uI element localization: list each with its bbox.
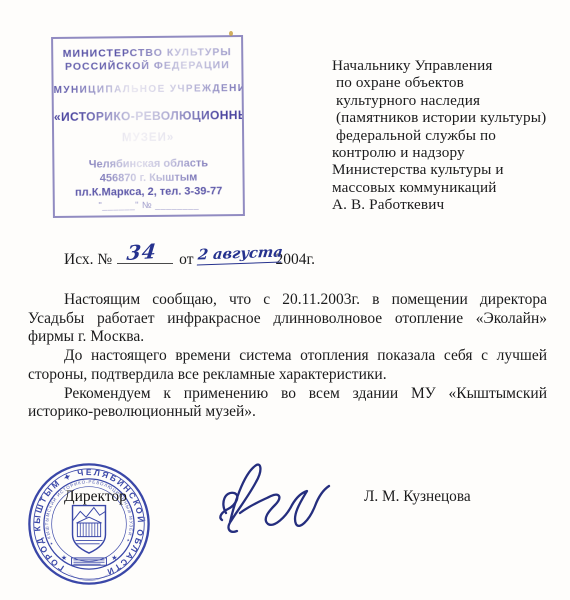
- corner-stamp-line: "______" № ________: [55, 198, 243, 213]
- official-seal: ГОРОД КЫШТЫМ ✦ ЧЕЛЯБИНСКОЙ ОБЛАСТИ ✦ КЫШ…: [26, 461, 152, 587]
- scan-speck: [229, 31, 233, 36]
- recipient-name-line: А. В. Работкевич: [332, 196, 546, 213]
- corner-stamp-line: «ИСТОРИКО-РЕВОЛЮЦИОННЫЙ: [54, 108, 242, 124]
- recipient-line: контролю и надзору: [332, 144, 546, 161]
- recipient-line: Министерства культуры и: [332, 161, 546, 178]
- recipient-line: массовых коммуникаций: [332, 179, 546, 196]
- recipient-line: (памятников истории культуры): [332, 109, 546, 126]
- outgoing-ref-line: Исх. №34от2 августа2004г.: [64, 246, 315, 268]
- seal-star-right: ★: [111, 554, 117, 562]
- letter-body: Настоящим сообщаю, что с 20.11.2003г. в …: [28, 291, 547, 422]
- corner-stamp-line: МУНИЦИПАЛЬНОЕ УЧРЕЖДЕНИЕ: [54, 83, 242, 97]
- ref-from-word: от: [179, 251, 193, 268]
- seal-emblem-shield: [73, 506, 106, 553]
- ref-date-blank: 2 августа: [200, 247, 272, 264]
- corner-stamp-line: МУЗЕЙ»: [54, 131, 242, 146]
- recipient-line: культурного наследия: [332, 92, 546, 109]
- signatory-name: Л. М. Кузнецова: [364, 488, 471, 506]
- seal-emblem-base-lines: [75, 540, 102, 543]
- body-paragraph: До настоящего времени система отопления …: [28, 347, 547, 384]
- corner-stamp: МИНИСТЕРСТВО КУЛЬТУРЫ РОССИЙСКОЙ ФЕДЕРАЦ…: [51, 35, 245, 218]
- corner-stamp-line: РОССИЙСКОЙ ФЕДЕРАЦИИ: [53, 59, 241, 74]
- handwritten-signature: [196, 447, 336, 547]
- ref-number-blank: 34: [117, 246, 173, 264]
- recipient-line: федеральной службы по: [332, 127, 546, 144]
- signature-stroke: [229, 465, 261, 532]
- body-paragraph: Рекомендуем к применению во всем здании …: [28, 385, 547, 422]
- ref-prefix: Исх. №: [64, 251, 112, 268]
- recipient-line: по охране объектов: [332, 74, 546, 91]
- recipient-block: Начальнику Управления по охране объектов…: [332, 57, 546, 214]
- letter-page: МИНИСТЕРСТВО КУЛЬТУРЫ РОССИЙСКОЙ ФЕДЕРАЦ…: [0, 0, 570, 600]
- recipient-line: Начальнику Управления: [332, 57, 546, 74]
- seal-emblem-mountains: [73, 508, 106, 522]
- body-paragraph: Настоящим сообщаю, что с 20.11.2003г. в …: [28, 291, 547, 347]
- signature-stroke: [240, 486, 329, 526]
- seal-star-left: ★: [61, 554, 67, 562]
- signatory-title: Директор: [64, 488, 127, 506]
- ref-number-handwritten: 34: [126, 239, 159, 265]
- ref-date-handwritten: 2 августа: [196, 244, 283, 266]
